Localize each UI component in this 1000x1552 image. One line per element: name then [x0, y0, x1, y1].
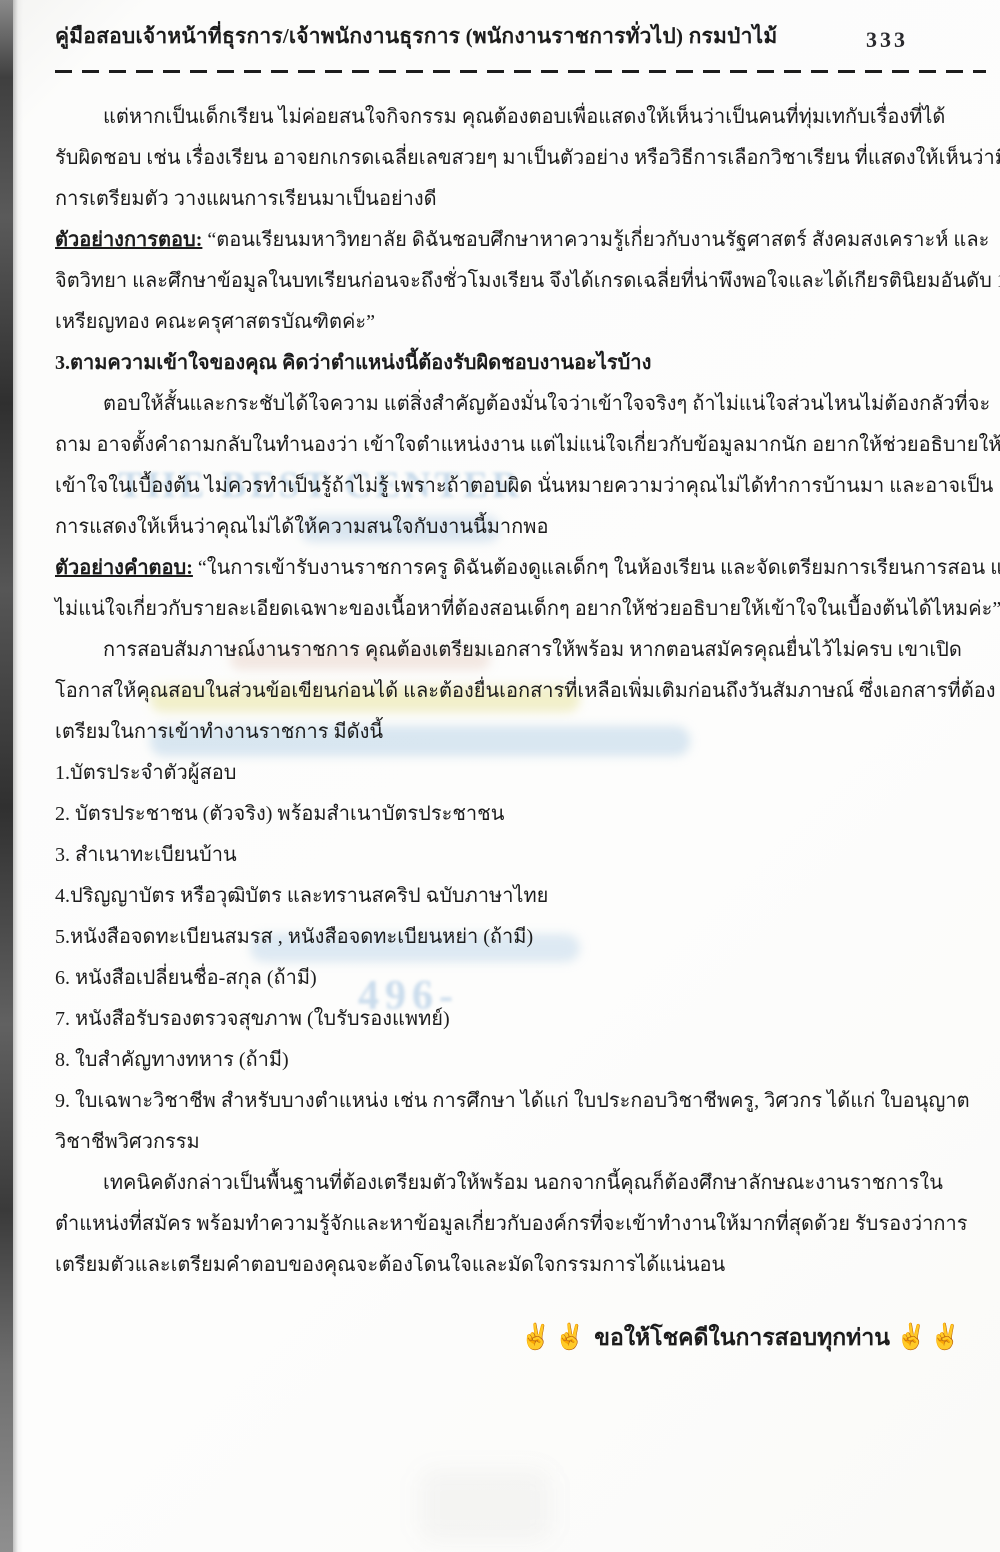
page-header: คู่มือสอบเจ้าหน้าที่ธุรการ/เจ้าพนักงานธุ… [0, 0, 1000, 53]
text-line: 4.ปริญญาบัตร หรือวุฒิบัตร และทรานสคริป ฉ… [55, 876, 1000, 917]
text-line: รับผิดชอบ เช่น เรื่องเรียน อาจยกเกรดเฉลี… [55, 138, 1000, 179]
text-line: ตัวอย่างการตอบ: “ตอนเรียนมหาวิทยาลัย ดิฉ… [55, 220, 1000, 261]
text-line: 3. สำเนาทะเบียนบ้าน [55, 835, 1000, 876]
text-line: 3.ตามความเข้าใจของคุณ คิดว่าตำแหน่งนี้ต้… [55, 343, 1000, 384]
dashed-divider [55, 70, 986, 73]
text-line: ถาม อาจตั้งคำถามกลับในทำนองว่า เข้าใจตำแ… [55, 425, 1000, 466]
text-line: โอกาสให้คุณสอบในส่วนข้อเขียนก่อนได้ และต… [55, 671, 1000, 712]
text-line: 8. ใบสำคัญทางทหาร (ถ้ามี) [55, 1040, 1000, 1081]
text-line: 7. หนังสือรับรองตรวจสุขภาพ (ใบรับรองแพทย… [55, 999, 1000, 1040]
page-number: 333 [866, 27, 908, 53]
text-line: แต่หากเป็นเด็กเรียน ไม่ค่อยสนใจกิจกรรม ค… [55, 97, 1000, 138]
text-line: 5.หนังสือจดทะเบียนสมรส , หนังสือจดทะเบีย… [55, 917, 1000, 958]
text-line: 1.บัตรประจำตัวผู้สอบ [55, 753, 1000, 794]
text-line: ตอบให้สั้นและกระชับได้ใจความ แต่สิ่งสำคั… [55, 384, 1000, 425]
text-line: ไม่แน่ใจเกี่ยวกับรายละเอียดเฉพาะของเนื้อ… [55, 589, 1000, 630]
text-line: 6. หนังสือเปลี่ยนชื่อ-สกุล (ถ้ามี) [55, 958, 1000, 999]
document-body: แต่หากเป็นเด็กเรียน ไม่ค่อยสนใจกิจกรรม ค… [55, 97, 1000, 1286]
text-line: 9. ใบเฉพาะวิชาชีพ สำหรับบางตำแหน่ง เช่น … [55, 1081, 1000, 1122]
lead-label: ตัวอย่างคำตอบ: [55, 557, 193, 579]
lead-label: ตัวอย่างการตอบ: [55, 229, 202, 251]
text-line: ตัวอย่างคำตอบ: “ในการเข้ารับงานราชการครู… [55, 548, 1000, 589]
text-line: วิชาชีพวิศวกรรม [55, 1122, 1000, 1163]
closing-text: ขอให้โชคดีในการสอบทุกท่าน [594, 1325, 890, 1350]
page-title: คู่มือสอบเจ้าหน้าที่ธุรการ/เจ้าพนักงานธุ… [55, 20, 777, 53]
scan-shading [420, 1470, 550, 1540]
scanned-document-page: THE BEST CENTER 496- คู่มือสอบเจ้าหน้าที… [0, 0, 1000, 1552]
victory-hands-icon: ✌✌ [520, 1324, 588, 1351]
book-binding-shadow [0, 0, 13, 1552]
text-line: การเตรียมตัว วางแผนการเรียนมาเป็นอย่างดี [55, 179, 1000, 220]
victory-hands-icon: ✌✌ [896, 1324, 964, 1351]
text-line: ตำแหน่งที่สมัคร พร้อมทำความรู้จักและหาข้… [55, 1204, 1000, 1245]
text-line: การแสดงให้เห็นว่าคุณไม่ได้ให้ความสนใจกับ… [55, 507, 1000, 548]
text-line: เข้าใจในเบื้องต้น ไม่ควรทำเป็นรู้ถ้าไม่ร… [55, 466, 1000, 507]
text-line: จิตวิทยา และศึกษาข้อมูลในบทเรียนก่อนจะถึ… [55, 261, 1000, 302]
text-line: การสอบสัมภาษณ์งานราชการ คุณต้องเตรียมเอก… [55, 630, 1000, 671]
text-line: เทคนิคดังกล่าวเป็นพื้นฐานที่ต้องเตรียมตั… [55, 1163, 1000, 1204]
text-line: เตรียมในการเข้าทำงานราชการ มีดังนี้ [55, 712, 1000, 753]
text-line: เหรียญทอง คณะครุศาสตรบัณฑิตค่ะ” [55, 302, 1000, 343]
text-line: 2. บัตรประชาชน (ตัวจริง) พร้อมสำเนาบัตรป… [55, 794, 1000, 835]
text-line: เตรียมตัวและเตรียมคำตอบของคุณจะต้องโดนใจ… [55, 1245, 1000, 1286]
closing-line: ✌✌ ขอให้โชคดีในการสอบทุกท่าน ✌✌ [0, 1320, 964, 1356]
